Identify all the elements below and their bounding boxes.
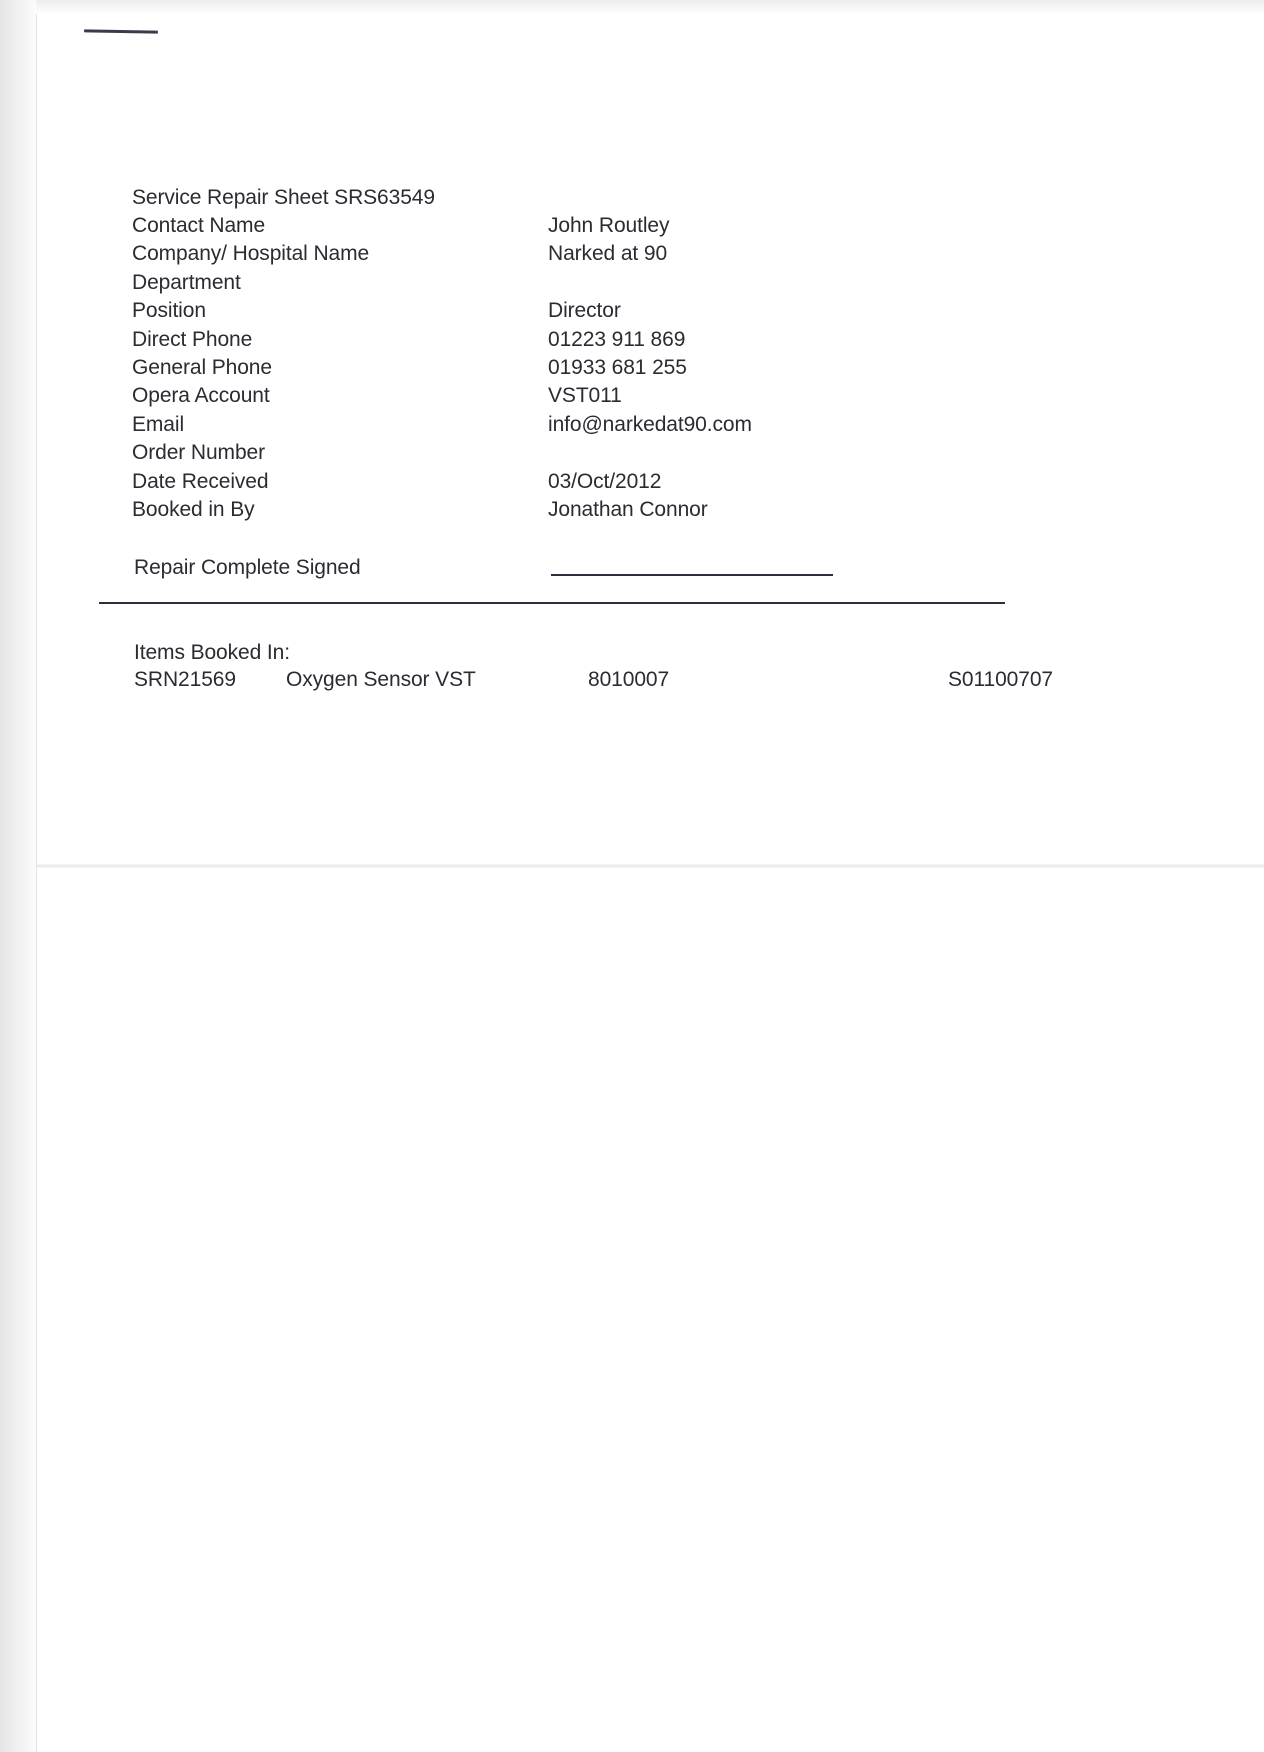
field-label: Booked in By <box>132 498 255 522</box>
signature-label: Repair Complete Signed <box>134 556 361 580</box>
page-edge <box>36 0 37 1752</box>
paper-fold-line <box>37 864 1264 868</box>
field-label: Opera Account <box>132 384 270 408</box>
field-label: Company/ Hospital Name <box>132 242 369 266</box>
field-value: VST011 <box>548 384 622 408</box>
field-value: 01223 911 869 <box>548 328 685 352</box>
field-value: Director <box>548 299 621 323</box>
scan-top-shadow <box>36 0 1264 14</box>
field-label: General Phone <box>132 356 272 380</box>
field-value: John Routley <box>548 214 669 238</box>
scan-left-shadow <box>0 0 36 1752</box>
sheet-title: Service Repair Sheet SRS63549 <box>132 186 435 210</box>
field-label: Date Received <box>132 470 268 494</box>
field-value: Jonathan Connor <box>548 498 708 522</box>
item-srn: SRN21569 <box>134 668 236 692</box>
field-label: Position <box>132 299 206 323</box>
item-part-number: 8010007 <box>588 668 669 692</box>
field-value: Narked at 90 <box>548 242 667 266</box>
items-heading: Items Booked In: <box>134 641 290 665</box>
field-value: 01933 681 255 <box>548 356 687 380</box>
field-value: 03/Oct/2012 <box>548 470 661 494</box>
item-serial: S01100707 <box>948 668 1053 692</box>
field-label: Direct Phone <box>132 328 252 352</box>
field-label: Email <box>132 413 184 437</box>
field-label: Contact Name <box>132 214 265 238</box>
signature-line <box>551 574 833 576</box>
section-divider <box>99 602 1005 604</box>
field-value: info@narkedat90.com <box>548 413 752 437</box>
item-description: Oxygen Sensor VST <box>286 668 476 692</box>
field-label: Order Number <box>132 441 265 465</box>
field-label: Department <box>132 271 241 295</box>
pen-mark <box>84 29 158 33</box>
